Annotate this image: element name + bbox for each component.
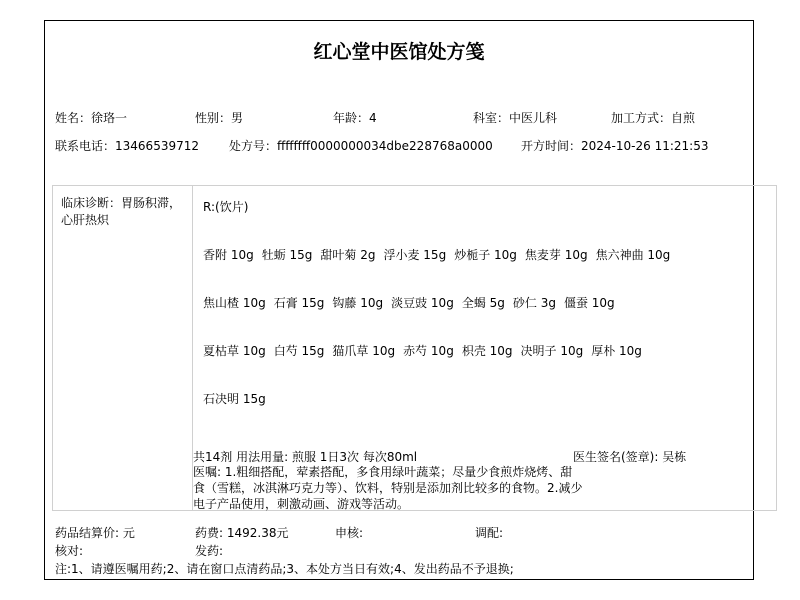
rx-no-label: 处方号： (229, 139, 277, 153)
herb-item: 赤芍 10g (403, 344, 454, 358)
herb-row: 石决明 15g (203, 390, 274, 407)
doctor-label: 医生签名(签章): (573, 450, 662, 464)
settlement-price: 药品结算价: 元 (55, 524, 135, 541)
prescription-number: 处方号：ffffffff0000000034dbe228768a0000 (229, 137, 493, 154)
name-value: 徐珞一 (91, 111, 127, 125)
rx-time-label: 开方时间： (521, 139, 581, 153)
processing-method: 加工方式：自煎 (611, 109, 695, 126)
page-title: 红心堂中医馆处方笺 (45, 37, 753, 64)
herb-row: 夏枯草 10g白芍 15g猫爪草 10g赤芍 10g枳壳 10g决明子 10g厚… (203, 342, 650, 359)
patient-age: 年龄：4 (333, 109, 377, 126)
herb-item: 牡蛎 15g (262, 248, 313, 262)
fee-value: 1492.38元 (227, 526, 289, 540)
patient-gender: 性别：男 (195, 109, 243, 126)
dispense: 调配: (475, 524, 503, 541)
clinical-diagnosis: 临床诊断：胃肠积滞，心肝热炽 (61, 195, 186, 229)
herb-item: 浮小麦 15g (383, 248, 446, 262)
patient-name: 姓名：徐珞一 (55, 109, 127, 126)
review: 申核: (335, 524, 363, 541)
name-label: 姓名： (55, 111, 91, 125)
herb-item: 僵蚕 10g (564, 296, 615, 310)
herb-item: 石膏 15g (274, 296, 325, 310)
herb-item: 砂仁 3g (513, 296, 556, 310)
herb-item: 钩藤 10g (332, 296, 383, 310)
herb-item: 猫爪草 10g (332, 344, 395, 358)
doctor-signature: 医生签名(签章): 吴栋 (573, 448, 686, 465)
doctor-name: 吴栋 (662, 450, 686, 464)
herb-item: 焦山楂 10g (203, 296, 266, 310)
herb-item: 白芍 15g (274, 344, 325, 358)
rx-header: R:(饮片) (203, 198, 248, 215)
gender-value: 男 (231, 111, 243, 125)
processing-value: 自煎 (671, 111, 695, 125)
herb-item: 淡豆豉 10g (391, 296, 454, 310)
medical-advice: 医嘱: 1.粗细搭配，荤素搭配，多食用绿叶蔬菜；尽量少食煎炸烧烤、甜食（雪糕，冰… (193, 464, 583, 512)
herb-item: 枳壳 10g (462, 344, 513, 358)
diagnosis-label: 临床诊断： (61, 196, 121, 210)
department-value: 中医儿科 (509, 111, 557, 125)
herb-row: 焦山楂 10g石膏 15g钩藤 10g淡豆豉 10g全蝎 5g砂仁 3g僵蚕 1… (203, 294, 623, 311)
phone-value: 13466539712 (115, 139, 199, 153)
processing-label: 加工方式： (611, 111, 671, 125)
fee-label: 药费: (195, 526, 227, 540)
drug-fee: 药费: 1492.38元 (195, 524, 288, 541)
issue-drug: 发药: (195, 542, 223, 559)
department-label: 科室： (473, 111, 509, 125)
age-value: 4 (369, 111, 377, 125)
gender-label: 性别： (195, 111, 231, 125)
herb-item: 香附 10g (203, 248, 254, 262)
herb-item: 炒栀子 10g (454, 248, 517, 262)
advice-label: 医嘱: (193, 465, 225, 479)
herb-item: 甜叶菊 2g (320, 248, 375, 262)
herb-item: 夏枯草 10g (203, 344, 266, 358)
check: 核对: (55, 542, 83, 559)
phone-label: 联系电话： (55, 139, 115, 153)
herb-item: 焦六神曲 10g (596, 248, 671, 262)
herb-item: 石决明 15g (203, 392, 266, 406)
herb-item: 焦麦芽 10g (525, 248, 588, 262)
rx-no-value: ffffffff0000000034dbe228768a0000 (277, 139, 493, 153)
department: 科室：中医儿科 (473, 109, 557, 126)
advice-text: 1.粗细搭配，荤素搭配，多食用绿叶蔬菜；尽量少食煎炸烧烤、甜食（雪糕，冰淇淋巧克… (193, 465, 582, 511)
herb-item: 厚朴 10g (591, 344, 642, 358)
prescription-sheet: 红心堂中医馆处方笺 姓名：徐珞一 性别：男 年龄：4 科室：中医儿科 加工方式：… (44, 20, 754, 580)
herb-row: 香附 10g牡蛎 15g甜叶菊 2g浮小麦 15g炒栀子 10g焦麦芽 10g焦… (203, 246, 678, 263)
usage-dosage: 共14剂 用法用量: 煎服 1日3次 每次80ml (193, 448, 417, 465)
prescription-time: 开方时间：2024-10-26 11:21:53 (521, 137, 708, 154)
age-label: 年龄： (333, 111, 369, 125)
contact-phone: 联系电话：13466539712 (55, 137, 199, 154)
herb-item: 决明子 10g (521, 344, 584, 358)
herb-item: 全蝎 5g (462, 296, 505, 310)
rx-time-value: 2024-10-26 11:21:53 (581, 139, 708, 153)
footer-note: 注:1、请遵医嘱用药;2、请在窗口点清药品;3、本处方当日有效;4、发出药品不予… (55, 560, 514, 577)
